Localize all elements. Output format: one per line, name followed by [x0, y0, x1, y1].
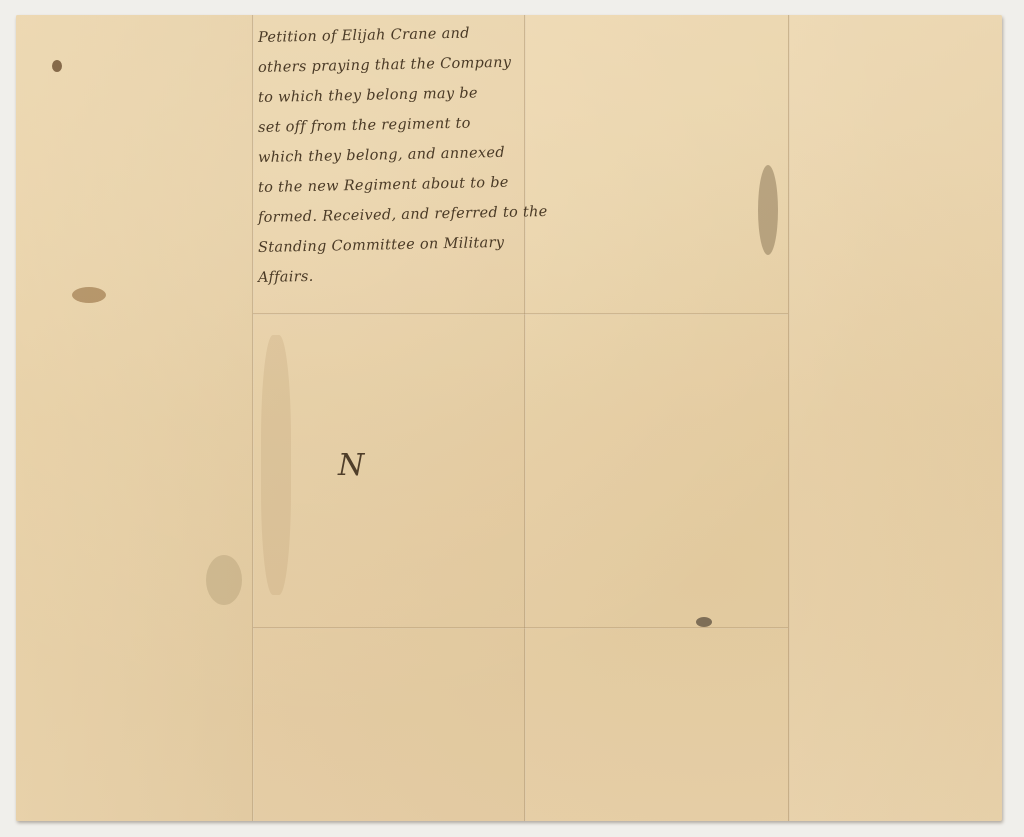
- docket-line-9: Affairs.: [258, 257, 544, 293]
- fold-line-vertical-3: [788, 15, 790, 821]
- fold-line-horizontal-1: [253, 313, 788, 315]
- fold-line-vertical-1: [252, 15, 254, 821]
- stain-vertical-right: [758, 165, 778, 255]
- manuscript-page: Petition of Elijah Crane and others pray…: [16, 15, 1002, 821]
- handwritten-mark: N: [338, 448, 364, 483]
- stain-water-left: [206, 555, 242, 605]
- ink-spot: [52, 60, 62, 72]
- stain-fold-dark: [696, 617, 712, 627]
- stain-brown: [72, 287, 106, 303]
- left-panel: [16, 15, 252, 821]
- docket-text: Petition of Elijah Crane and others pray…: [258, 23, 543, 293]
- fold-line-horizontal-2: [253, 627, 788, 629]
- stain-center-left: [261, 335, 291, 595]
- center-right-panel: [526, 15, 788, 821]
- right-panel: [790, 15, 1002, 821]
